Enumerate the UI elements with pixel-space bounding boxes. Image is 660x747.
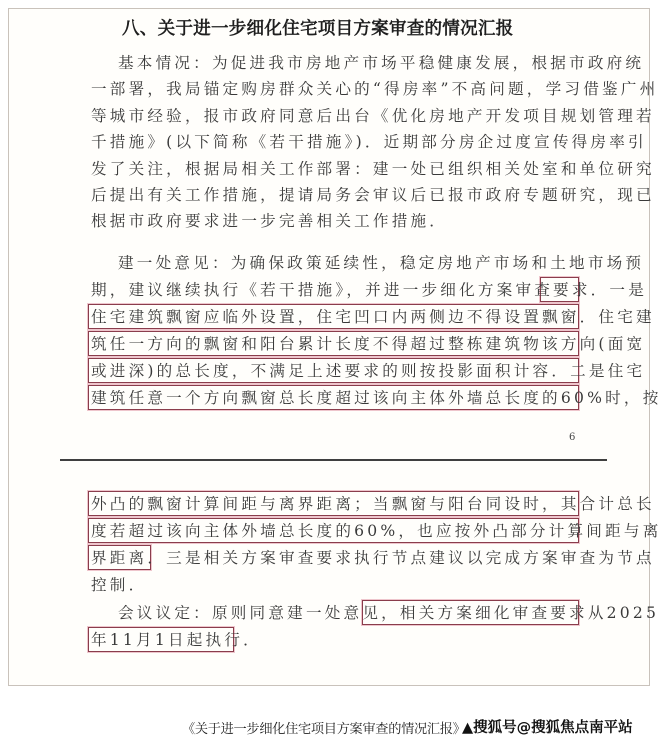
paragraph-line: 发了关注，根据局相关工作部署：建一处已组织相关处室和单位研究 bbox=[91, 157, 655, 181]
paragraph-line: 建筑任意一个方向飘窗总长度超过该向主体外墙总长度的60%时，按 bbox=[91, 386, 660, 410]
paragraph-line: 会议议定：原则同意建一处意见，相关方案细化审查要求从2025 bbox=[118, 601, 659, 625]
paragraph-line: 基本情况：为促进我市房地产市场平稳健康发展，根据市政府统 bbox=[118, 51, 644, 75]
paragraph-line: 年11月1日起执行． bbox=[91, 628, 262, 652]
paragraph-line: 控制． bbox=[91, 573, 147, 597]
paragraph-line: 度若超过该向主体外墙总长度的60%，也应按外凸部分计算间距与离 bbox=[91, 519, 660, 543]
page-number: 6 bbox=[569, 432, 575, 443]
paragraph-line: 后提出有关工作措施，提请局务会审议后已报市政府专题研究，现已 bbox=[91, 183, 655, 207]
paragraph-line: 筑任一方向的飘窗和阳台累计长度不得超过整栋建筑物该方向(面宽 bbox=[91, 332, 645, 356]
section-title: 八、关于进一步细化住宅项目方案审查的情况汇报 bbox=[122, 15, 513, 40]
paragraph-line: 期，建议继续执行《若干措施》，并进一步细化方案审查要求．一是 bbox=[91, 278, 647, 302]
paragraph-line: 建一处意见：为确保政策延续性，稳定房地产市场和土地市场预 bbox=[118, 251, 644, 275]
paragraph-line: 外凸的飘窗计算间距与离界距离；当飘窗与阳台同设时，其合计总长 bbox=[91, 492, 655, 516]
paragraph-line: 根据市政府要求进一步完善相关工作措施． bbox=[91, 209, 448, 233]
paragraph-line: 一部署，我局锚定购房群众关心的“得房率”不高问题，学习借鉴广州 bbox=[91, 77, 658, 101]
page-divider bbox=[60, 459, 607, 461]
paragraph-line: 或进深)的总长度，不满足上述要求的则按投影面积计容．二是住宅 bbox=[91, 359, 645, 383]
paragraph-line: 界距离．三是相关方案审查要求执行节点建议以完成方案审查为节点 bbox=[91, 546, 655, 570]
paragraph-line: 住宅建筑飘窗应临外设置，住宅凹口内两侧边不得设置飘窗．住宅建 bbox=[91, 305, 655, 329]
source-watermark: ▲搜狐号@搜狐焦点南平站 bbox=[462, 716, 633, 737]
image-caption: 《关于进一步细化住宅项目方案审查的情况汇报》 bbox=[182, 718, 466, 737]
paragraph-line: 等城市经验，报市政府同意后出台《优化房地产开发项目规划管理若 bbox=[91, 104, 655, 128]
paragraph-line: 千措施》(以下简称《若干措施》)．近期部分房企过度宣传得房率引 bbox=[91, 130, 647, 154]
